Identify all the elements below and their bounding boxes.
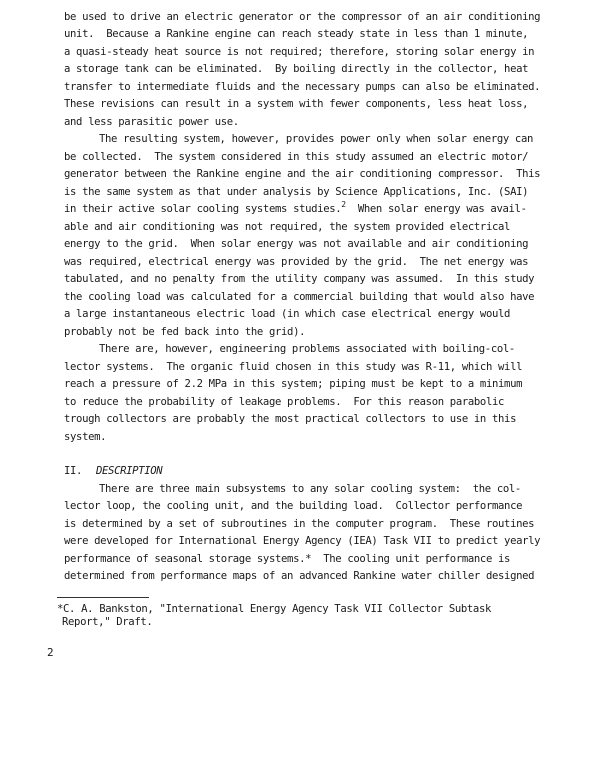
- text-line: trough collectors are probably the most …: [64, 411, 516, 428]
- text-line: a storage tank can be eliminated. By boi…: [64, 61, 528, 78]
- text-line: able and air conditioning was not requir…: [64, 219, 510, 236]
- text-line: unit. Because a Rankine engine can reach…: [64, 26, 528, 43]
- document-page: be used to drive an electric generator o…: [0, 0, 612, 780]
- text-line: system.: [64, 429, 106, 446]
- text-line: the cooling load was calculated for a co…: [64, 289, 534, 306]
- text-line-with-reference: in their active solar cooling systems st…: [64, 201, 527, 218]
- text-line: reach a pressure of 2.2 MPa in this syst…: [64, 376, 522, 393]
- text-line: be used to drive an electric generator o…: [64, 9, 540, 26]
- text-line: probably not be fed back into the grid).: [64, 324, 305, 341]
- text-line: There are, however, engineering problems…: [99, 341, 515, 358]
- text-line: transfer to intermediate fluids and the …: [64, 79, 540, 96]
- text-line: were developed for International Energy …: [64, 533, 540, 550]
- text-line: lector loop, the cooling unit, and the b…: [64, 498, 522, 515]
- footnote-line: Report," Draft.: [62, 614, 152, 631]
- text-line: determined from performance maps of an a…: [64, 568, 534, 585]
- section-title: DESCRIPTION: [96, 465, 162, 477]
- text-line: is determined by a set of subroutines in…: [64, 516, 534, 533]
- text-line: was required, electrical energy was prov…: [64, 254, 528, 271]
- page-number: 2: [47, 646, 53, 659]
- footnote-divider: [57, 597, 149, 598]
- text-line: be collected. The system considered in t…: [64, 149, 528, 166]
- section-heading: II.DESCRIPTION: [64, 463, 162, 480]
- text-segment: When solar energy was avail-: [346, 203, 527, 215]
- text-line: There are three main subsystems to any s…: [99, 481, 521, 498]
- text-segment: in their active solar cooling systems st…: [64, 203, 341, 215]
- text-line: tabulated, and no penalty from the utili…: [64, 271, 534, 288]
- text-line: energy to the grid. When solar energy wa…: [64, 236, 528, 253]
- text-line: These revisions can result in a system w…: [64, 96, 528, 113]
- text-line: generator between the Rankine engine and…: [64, 166, 540, 183]
- text-line: to reduce the probability of leakage pro…: [64, 394, 504, 411]
- text-line: performance of seasonal storage systems.…: [64, 551, 510, 568]
- text-line: and less parasitic power use.: [64, 114, 239, 131]
- text-line: a large instantaneous electric load (in …: [64, 306, 510, 323]
- text-line: a quasi-steady heat source is not requir…: [64, 44, 534, 61]
- section-number: II.: [64, 463, 96, 480]
- text-line: is the same system as that under analysi…: [64, 184, 528, 201]
- text-line: lector systems. The organic fluid chosen…: [64, 359, 522, 376]
- text-line: The resulting system, however, provides …: [99, 131, 533, 148]
